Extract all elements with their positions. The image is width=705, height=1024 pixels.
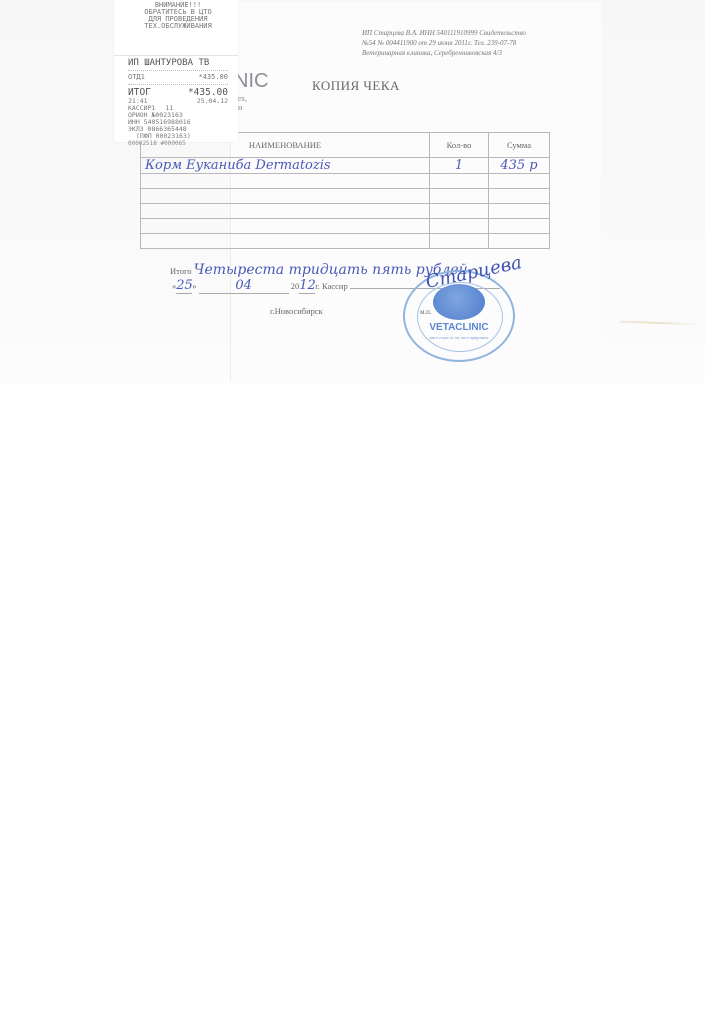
total-row: Итого Четыреста тридцать пять рублей: [170, 262, 468, 278]
total-label: Итого: [170, 266, 192, 276]
table-row: [141, 189, 550, 204]
issuer-line: №54 № 004411900 от 29 июня 2011г. Тел. 2…: [362, 38, 562, 48]
receipt-kpk: (ПФП 00023163): [128, 133, 236, 140]
item-qty: [430, 219, 489, 234]
dotted-divider: [128, 84, 228, 85]
receipt-kpk-number: 00002518 #000065: [128, 140, 228, 147]
item-sum: [489, 189, 550, 204]
receipt-dept-line: ОТД1 *435.00: [128, 73, 228, 81]
stamp-slogan: как в отцах за тех, кого приручили: [405, 335, 513, 340]
year-prefix: 20: [291, 281, 300, 291]
item-name: [141, 204, 430, 219]
issuer-line: Ветеринарная клиника, Серебренниковская …: [362, 48, 562, 58]
column-header-qty: Кол-во: [430, 133, 489, 158]
table-row: [141, 174, 550, 189]
date-month: 04: [199, 278, 289, 294]
item-qty: [430, 174, 489, 189]
issuer-info: ИП Старцева В.А. ИНН 540111910999 Свидет…: [362, 28, 562, 58]
document-title: КОПИЯ ЧЕКА: [312, 78, 400, 94]
item-qty: [430, 204, 489, 219]
table-row: [141, 204, 550, 219]
item-name: [141, 234, 430, 249]
table-row: [141, 234, 550, 249]
column-header-sum: Сумма: [489, 133, 550, 158]
cashier-label: Кассир: [322, 281, 348, 291]
item-qty: [430, 234, 489, 249]
date-day: 25: [176, 278, 192, 294]
issuer-line: ИП Старцева В.А. ИНН 540111910999 Свидет…: [362, 28, 562, 38]
warning-line: ТЕХ.ОБСЛУЖИВАНИЯ: [124, 23, 232, 30]
item-sum: [489, 204, 550, 219]
item-sum: [489, 174, 550, 189]
dept-amount: *435.00: [198, 73, 228, 81]
item-name: Корм Еуканиба Dermatozis: [141, 158, 430, 174]
item-name: [141, 174, 430, 189]
receipt-shop-name: ИП ШАНТУРОВА ТВ: [128, 58, 209, 68]
item-sum: [489, 219, 550, 234]
quote-close: »: [192, 281, 196, 291]
item-name: [141, 219, 430, 234]
item-sum: 435 р: [489, 158, 550, 174]
item-qty: 1: [430, 158, 489, 174]
table-row: [141, 219, 550, 234]
dept-label: ОТД1: [128, 73, 145, 81]
table-row: Корм Еуканиба Dermatozis 1 435 р: [141, 158, 550, 174]
receipt-divider: [114, 55, 238, 56]
cash-register-receipt: ВНИМАНИЕ!!! ОБРАТИТЕСЬ В ЦТО ДЛЯ ПРОВЕДЕ…: [114, 0, 238, 142]
date-year: 12: [299, 278, 315, 294]
items-table: НАИМЕНОВАНИЕ Кол-во Сумма Корм Еуканиба …: [140, 132, 550, 249]
receipt-warning: ВНИМАНИЕ!!! ОБРАТИТЕСЬ В ЦТО ДЛЯ ПРОВЕДЕ…: [124, 2, 232, 30]
city: г.Новосибирск: [270, 306, 323, 316]
dotted-divider: [128, 70, 228, 71]
item-qty: [430, 189, 489, 204]
receipt-date: 25.04.12: [197, 98, 228, 105]
stamp-brand: VETACLINIC: [405, 322, 513, 333]
clinic-logo-fragment: NIC: [234, 70, 268, 93]
item-name: [141, 189, 430, 204]
stamp-place-label: м.п.: [420, 308, 432, 316]
item-sum: [489, 234, 550, 249]
year-unit: г.: [315, 281, 320, 291]
